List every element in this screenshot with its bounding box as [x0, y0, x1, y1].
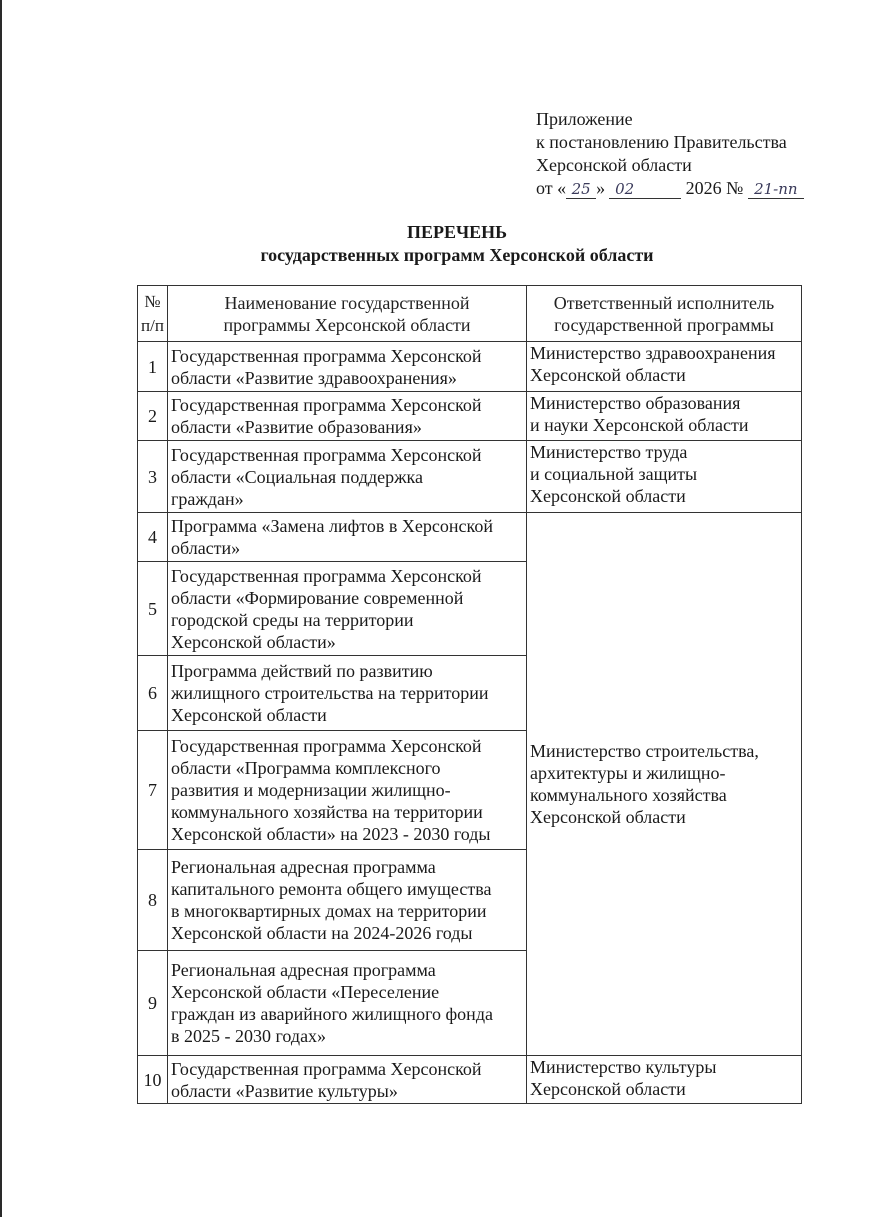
table-row: 10Государственная программа Херсонскойоб… [138, 1056, 802, 1104]
row-number: 4 [138, 513, 168, 562]
doc-number-handwritten: 21-пп [748, 180, 804, 199]
program-name: Региональная адресная программаХерсонско… [168, 951, 527, 1056]
program-name: Государственная программа Херсонскойобла… [168, 342, 527, 392]
responsible-executor-merged: Министерство строительства,архитектуры и… [527, 513, 802, 1056]
table-row: 2Государственная программа Херсонскойобл… [138, 392, 802, 441]
date-month-handwritten: 02 [609, 180, 681, 199]
row-number: 7 [138, 731, 168, 850]
header-name: Наименование государственнойпрограммы Хе… [168, 286, 527, 342]
row-number: 1 [138, 342, 168, 392]
responsible-executor: Министерство образованияи науки Херсонск… [527, 392, 802, 441]
row-number: 8 [138, 850, 168, 951]
programs-table: №п/п Наименование государственнойпрограм… [137, 285, 802, 1104]
program-name: Государственная программа Херсонскойобла… [168, 1056, 527, 1104]
date-day-handwritten: 25 [566, 180, 596, 199]
appendix-resolution: к постановлению Правительства [536, 131, 804, 154]
table-row: 3Государственная программа Херсонскойобл… [138, 441, 802, 513]
row-number: 9 [138, 951, 168, 1056]
document-subtitle: государственных программ Херсонской обла… [22, 244, 870, 267]
page-edge [0, 0, 2, 1217]
header-num: №п/п [138, 286, 168, 342]
program-name: Государственная программа Херсонскойобла… [168, 562, 527, 656]
table-row: 1Государственная программа Херсонскойобл… [138, 342, 802, 392]
date-mid: » [596, 178, 605, 198]
table-row: 4Программа «Замена лифтов в Херсонскойоб… [138, 513, 802, 562]
program-name: Программа действий по развитиюжилищного … [168, 656, 527, 731]
program-name: Программа «Замена лифтов в Херсонскойобл… [168, 513, 527, 562]
row-number: 3 [138, 441, 168, 513]
appendix-region: Херсонской области [536, 154, 804, 177]
table-header-row: №п/п Наименование государственнойпрограм… [138, 286, 802, 342]
row-number: 10 [138, 1056, 168, 1104]
row-number: 2 [138, 392, 168, 441]
program-name: Государственная программа Херсонскойобла… [168, 392, 527, 441]
row-number: 5 [138, 562, 168, 656]
document-title: ПЕРЕЧЕНЬ [22, 221, 870, 244]
program-name: Государственная программа Херсонскойобла… [168, 441, 527, 513]
appendix-date-line: от «25»02 2026 № 21-пп [536, 177, 804, 200]
program-name: Региональная адресная программакапитальн… [168, 850, 527, 951]
row-number: 6 [138, 656, 168, 731]
responsible-executor: Министерство здравоохраненияХерсонской о… [527, 342, 802, 392]
appendix-block: Приложение к постановлению Правительства… [536, 108, 804, 200]
responsible-executor: Министерство культурыХерсонской области [527, 1056, 802, 1104]
responsible-executor: Министерство трудаи социальной защитыХер… [527, 441, 802, 513]
appendix-label: Приложение [536, 108, 804, 131]
program-name: Государственная программа Херсонскойобла… [168, 731, 527, 850]
date-year: 2026 № [686, 178, 744, 198]
header-exec: Ответственный исполнительгосударственной… [527, 286, 802, 342]
date-prefix: от « [536, 178, 566, 198]
